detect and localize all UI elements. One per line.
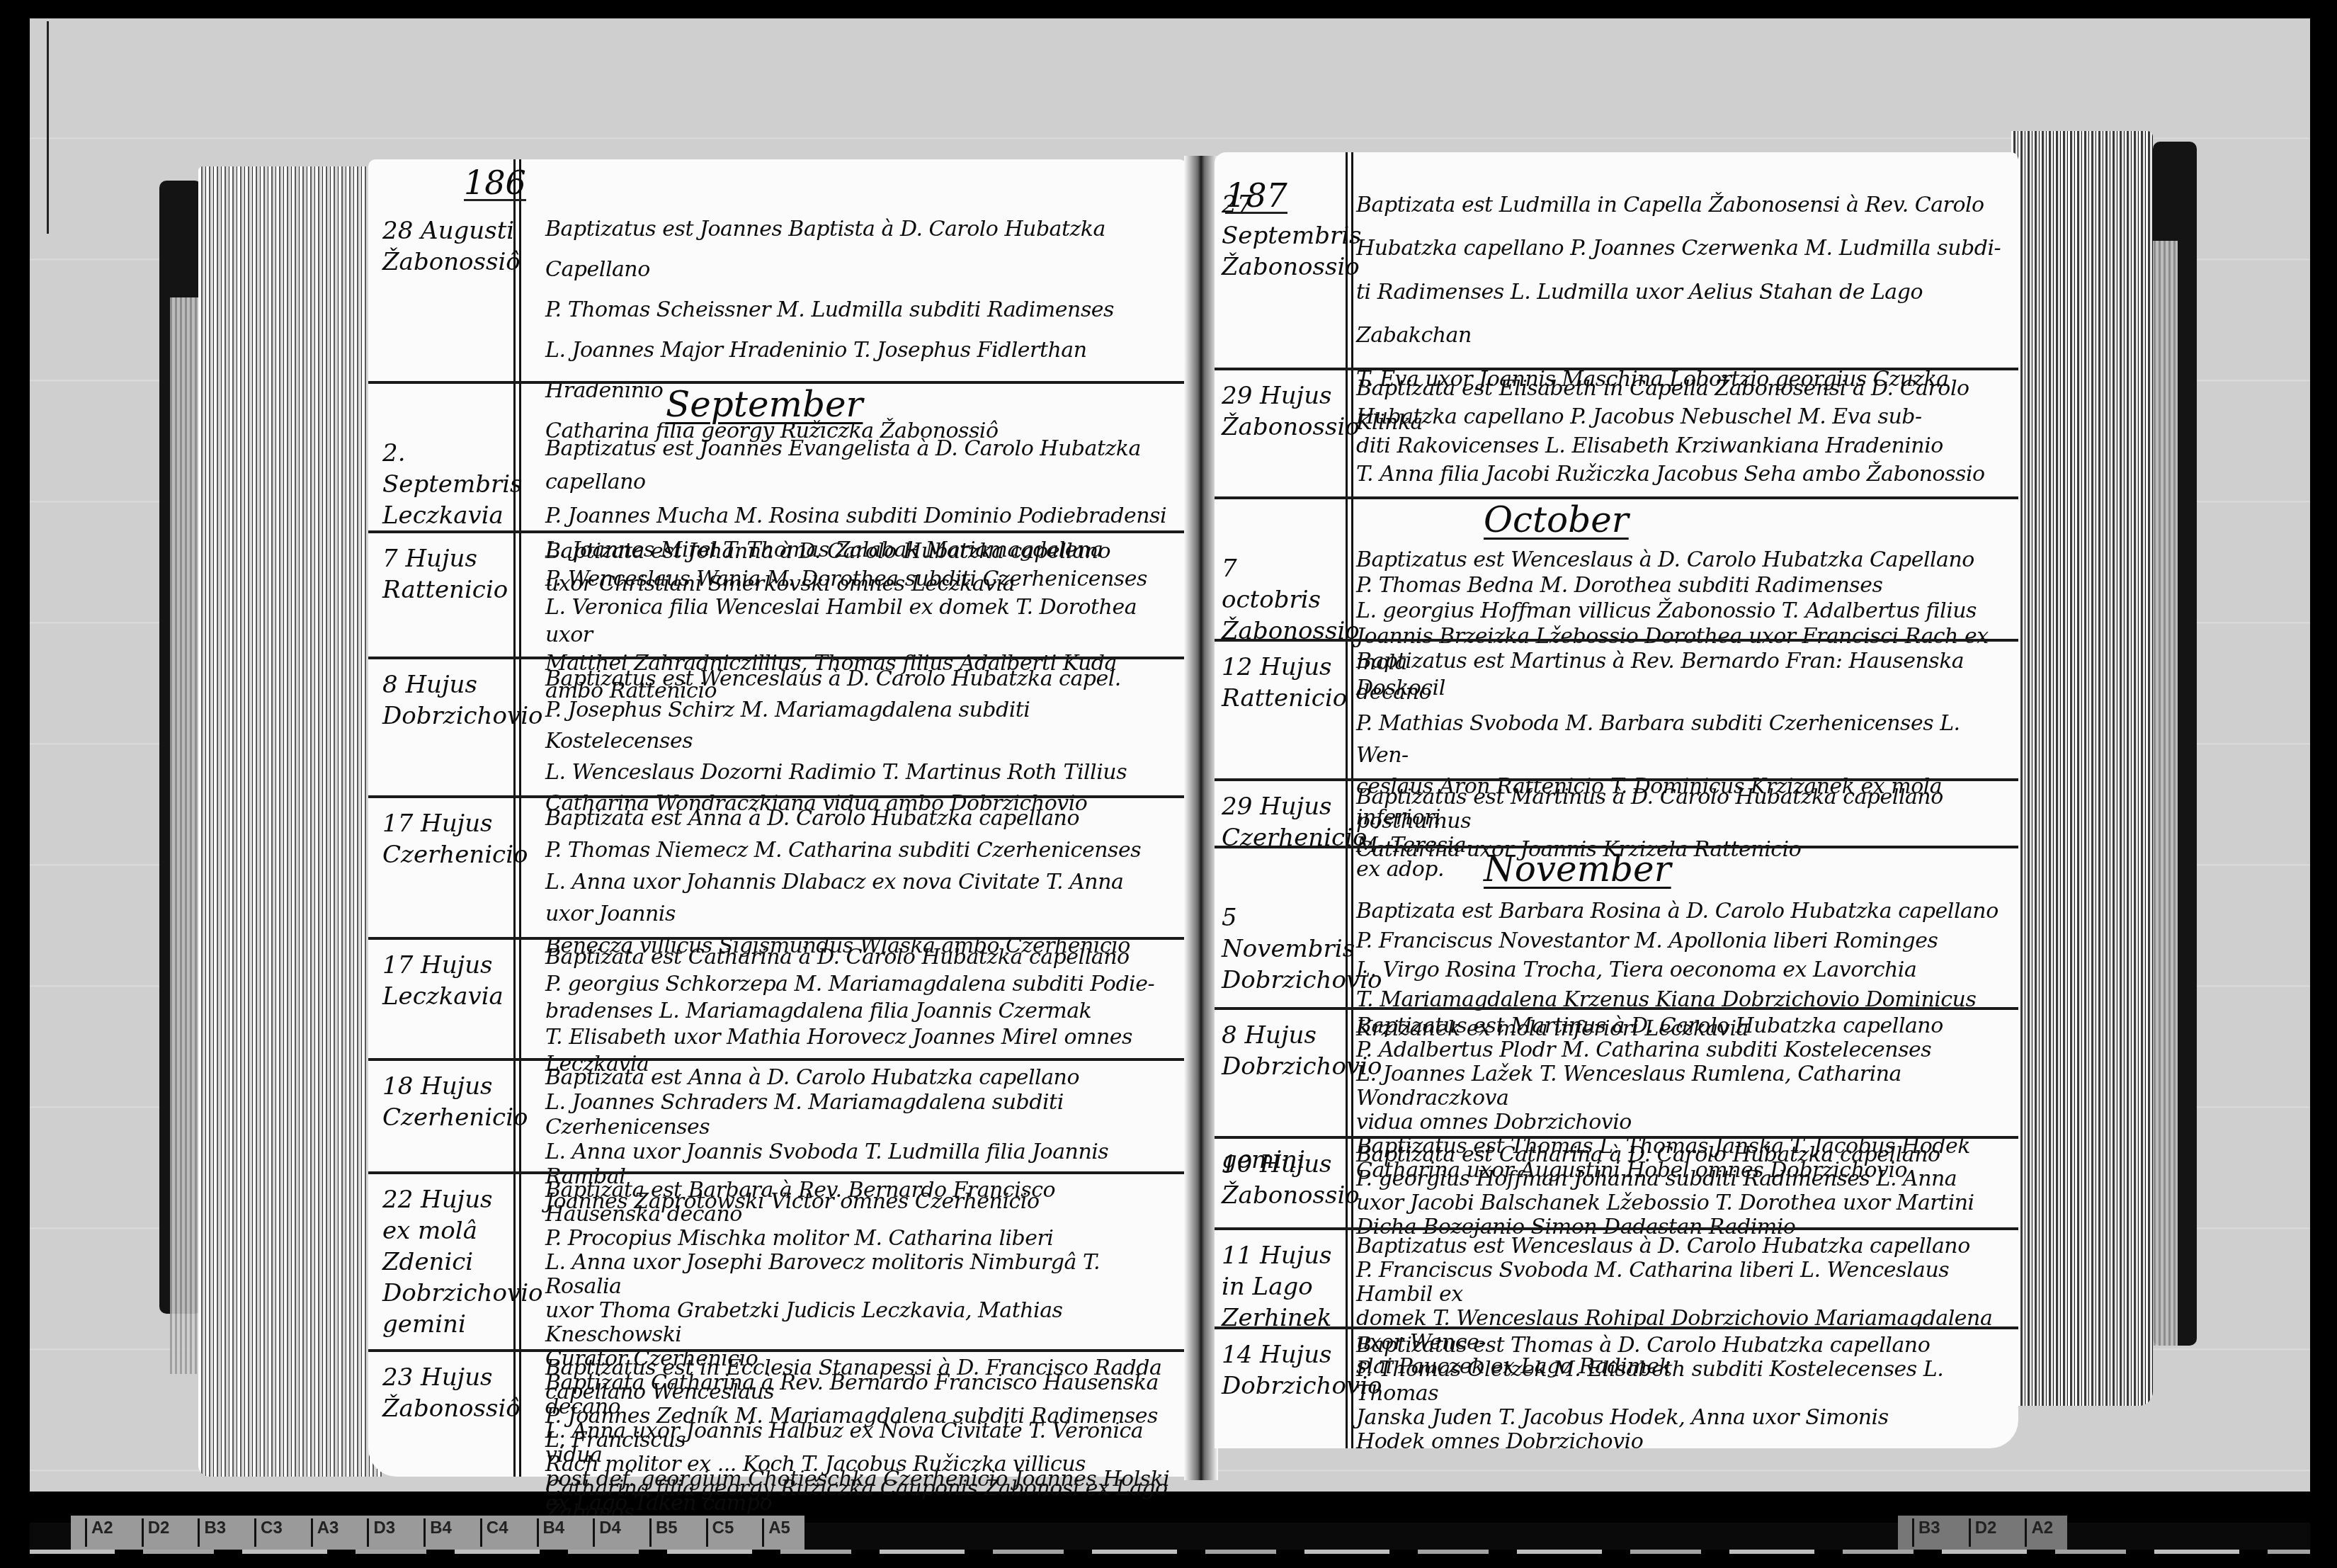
film-frame-label: A3 xyxy=(311,1518,339,1547)
entry-date-place: 8 Hujus Dobrzichovio xyxy=(382,669,517,732)
backdrop-rule-line xyxy=(47,21,49,234)
entry-date-place: 10 Hujus Žabonossio xyxy=(1222,1149,1342,1211)
entry-date-place: 27 Septembris Žabonossio xyxy=(1222,189,1342,283)
register-entry: 29 Hujus ŽabonossioBaptizata est Elisabe… xyxy=(1215,368,2018,499)
film-frame-label: C3 xyxy=(254,1518,283,1547)
entry-date-place: 18 Hujus Czerhenicio xyxy=(382,1071,517,1133)
film-frame-label: B4 xyxy=(423,1518,452,1547)
film-frame-label: B3 xyxy=(1912,1518,1940,1547)
page-number: 186 xyxy=(464,166,526,201)
film-frame-label: C4 xyxy=(480,1518,508,1547)
cloth-binding-left xyxy=(170,297,198,1374)
film-frame-label: A2 xyxy=(2025,1518,2053,1547)
entry-date-place: 7 octobris Žabonossio xyxy=(1222,553,1342,647)
film-frame-label: B4 xyxy=(537,1518,565,1547)
register-entry: 8 Hujus DobrzichovioBaptizatus est Wence… xyxy=(368,657,1190,798)
register-page-left: 186 28 Augusti ŽabonossiôBaptizatus est … xyxy=(368,159,1190,1477)
film-frame-labels-right: B3D2A2 xyxy=(1898,1516,2067,1550)
book-gutter xyxy=(1184,156,1218,1480)
page-stack-left xyxy=(198,166,382,1477)
entry-record-text: Baptizata est Elisabeth in Capella Žabon… xyxy=(1356,375,2004,489)
register-entry: 11 Hujus in Lago ZerhinekBaptizatus est … xyxy=(1215,1227,2018,1329)
entry-record-text: Baptizata est Catharina à D. Carolo Huba… xyxy=(1356,1143,2004,1239)
entry-date-place: 17 Hujus Leczkavia xyxy=(382,950,517,1012)
film-frame-label: B3 xyxy=(198,1518,226,1547)
entry-date-place: 22 Hujus ex molâ Zdenici Dobrzichovio ge… xyxy=(382,1184,517,1340)
film-frame-label: D2 xyxy=(1969,1518,1997,1547)
register-entry: 29 Hujus CzerhenicioBaptizatus est Marti… xyxy=(1215,778,2018,848)
entry-date-place: 28 Augusti Žabonossiô xyxy=(382,215,517,278)
register-entry: 18 Hujus CzerhenicioBaptizata est Anna à… xyxy=(368,1058,1190,1174)
film-frame-label: B5 xyxy=(649,1518,678,1547)
film-frame-label: C5 xyxy=(706,1518,734,1547)
entry-date-place: 23 Hujus Žabonossiô xyxy=(382,1362,517,1424)
film-frame-label: D3 xyxy=(367,1518,395,1547)
entry-date-place: 7 Hujus Rattenicio xyxy=(382,543,517,606)
film-frame-labels-left: A2D2B3C3A3D3B4C4B4D4B5C5A5 xyxy=(71,1516,804,1550)
register-entry: 8 Hujus Dobrzichovio geminiBaptizatus es… xyxy=(1215,1007,2018,1139)
register-page-right: 187 27 Septembris ŽabonossioBaptizata es… xyxy=(1215,152,2018,1448)
register-entry: 23 Hujus ŽabonossiôBaptizatus est in Ecc… xyxy=(368,1349,1190,1465)
entry-date-place: 29 Hujus Czerhenicio xyxy=(1222,791,1342,853)
register-entry: 17 Hujus CzerhenicioBaptizata est Anna à… xyxy=(368,795,1190,940)
entry-date-place: 5 Novembris Dobrzichovio xyxy=(1222,902,1342,996)
entry-date-place: 2. Septembris Leczkavia xyxy=(382,438,517,531)
entry-date-place: 11 Hujus in Lago Zerhinek xyxy=(1222,1240,1342,1334)
film-frame-label: A5 xyxy=(762,1518,790,1547)
entry-record-text: Baptizatus est Thomas à D. Carolo Hubatz… xyxy=(1356,1334,2004,1454)
register-entry: 10 Hujus ŽabonossioBaptizata est Cathari… xyxy=(1215,1136,2018,1230)
month-heading: October xyxy=(1484,499,1629,540)
film-frame-label: D2 xyxy=(142,1518,170,1547)
entry-record-text: Baptizatus est in Ecclesia Stanapessi à … xyxy=(545,1356,1176,1525)
month-heading: November xyxy=(1484,848,1671,890)
register-entry: 14 Hujus DobrzichovioBaptizatus est Thom… xyxy=(1215,1326,2018,1437)
register-entry: 17 Hujus LeczkaviaBaptizata est Catharin… xyxy=(368,937,1190,1061)
entry-date-place: 29 Hujus Žabonossio xyxy=(1222,380,1342,443)
register-entry: 22 Hujus ex molâ Zdenici Dobrzichovio ge… xyxy=(368,1171,1190,1352)
film-scratch-band xyxy=(30,1550,2310,1554)
entry-date-place: 12 Hujus Rattenicio xyxy=(1222,652,1342,714)
film-frame-label: D4 xyxy=(593,1518,621,1547)
film-frame-label: A2 xyxy=(85,1518,113,1547)
register-entry: 28 Augusti ŽabonossiôBaptizatus est Joan… xyxy=(368,205,1190,380)
page-stack-right xyxy=(2011,131,2153,1406)
register-entry: 12 Hujus RattenicioBaptizatus est Martin… xyxy=(1215,639,2018,781)
entry-date-place: 17 Hujus Czerhenicio xyxy=(382,808,517,870)
register-entry: 27 Septembris ŽabonossioBaptizata est Lu… xyxy=(1215,179,2018,368)
month-heading: September xyxy=(666,384,863,425)
entry-date-place: 14 Hujus Dobrzichovio xyxy=(1222,1339,1342,1402)
register-entry: 7 Hujus RattenicioBaptizata est Johanna … xyxy=(368,530,1190,659)
